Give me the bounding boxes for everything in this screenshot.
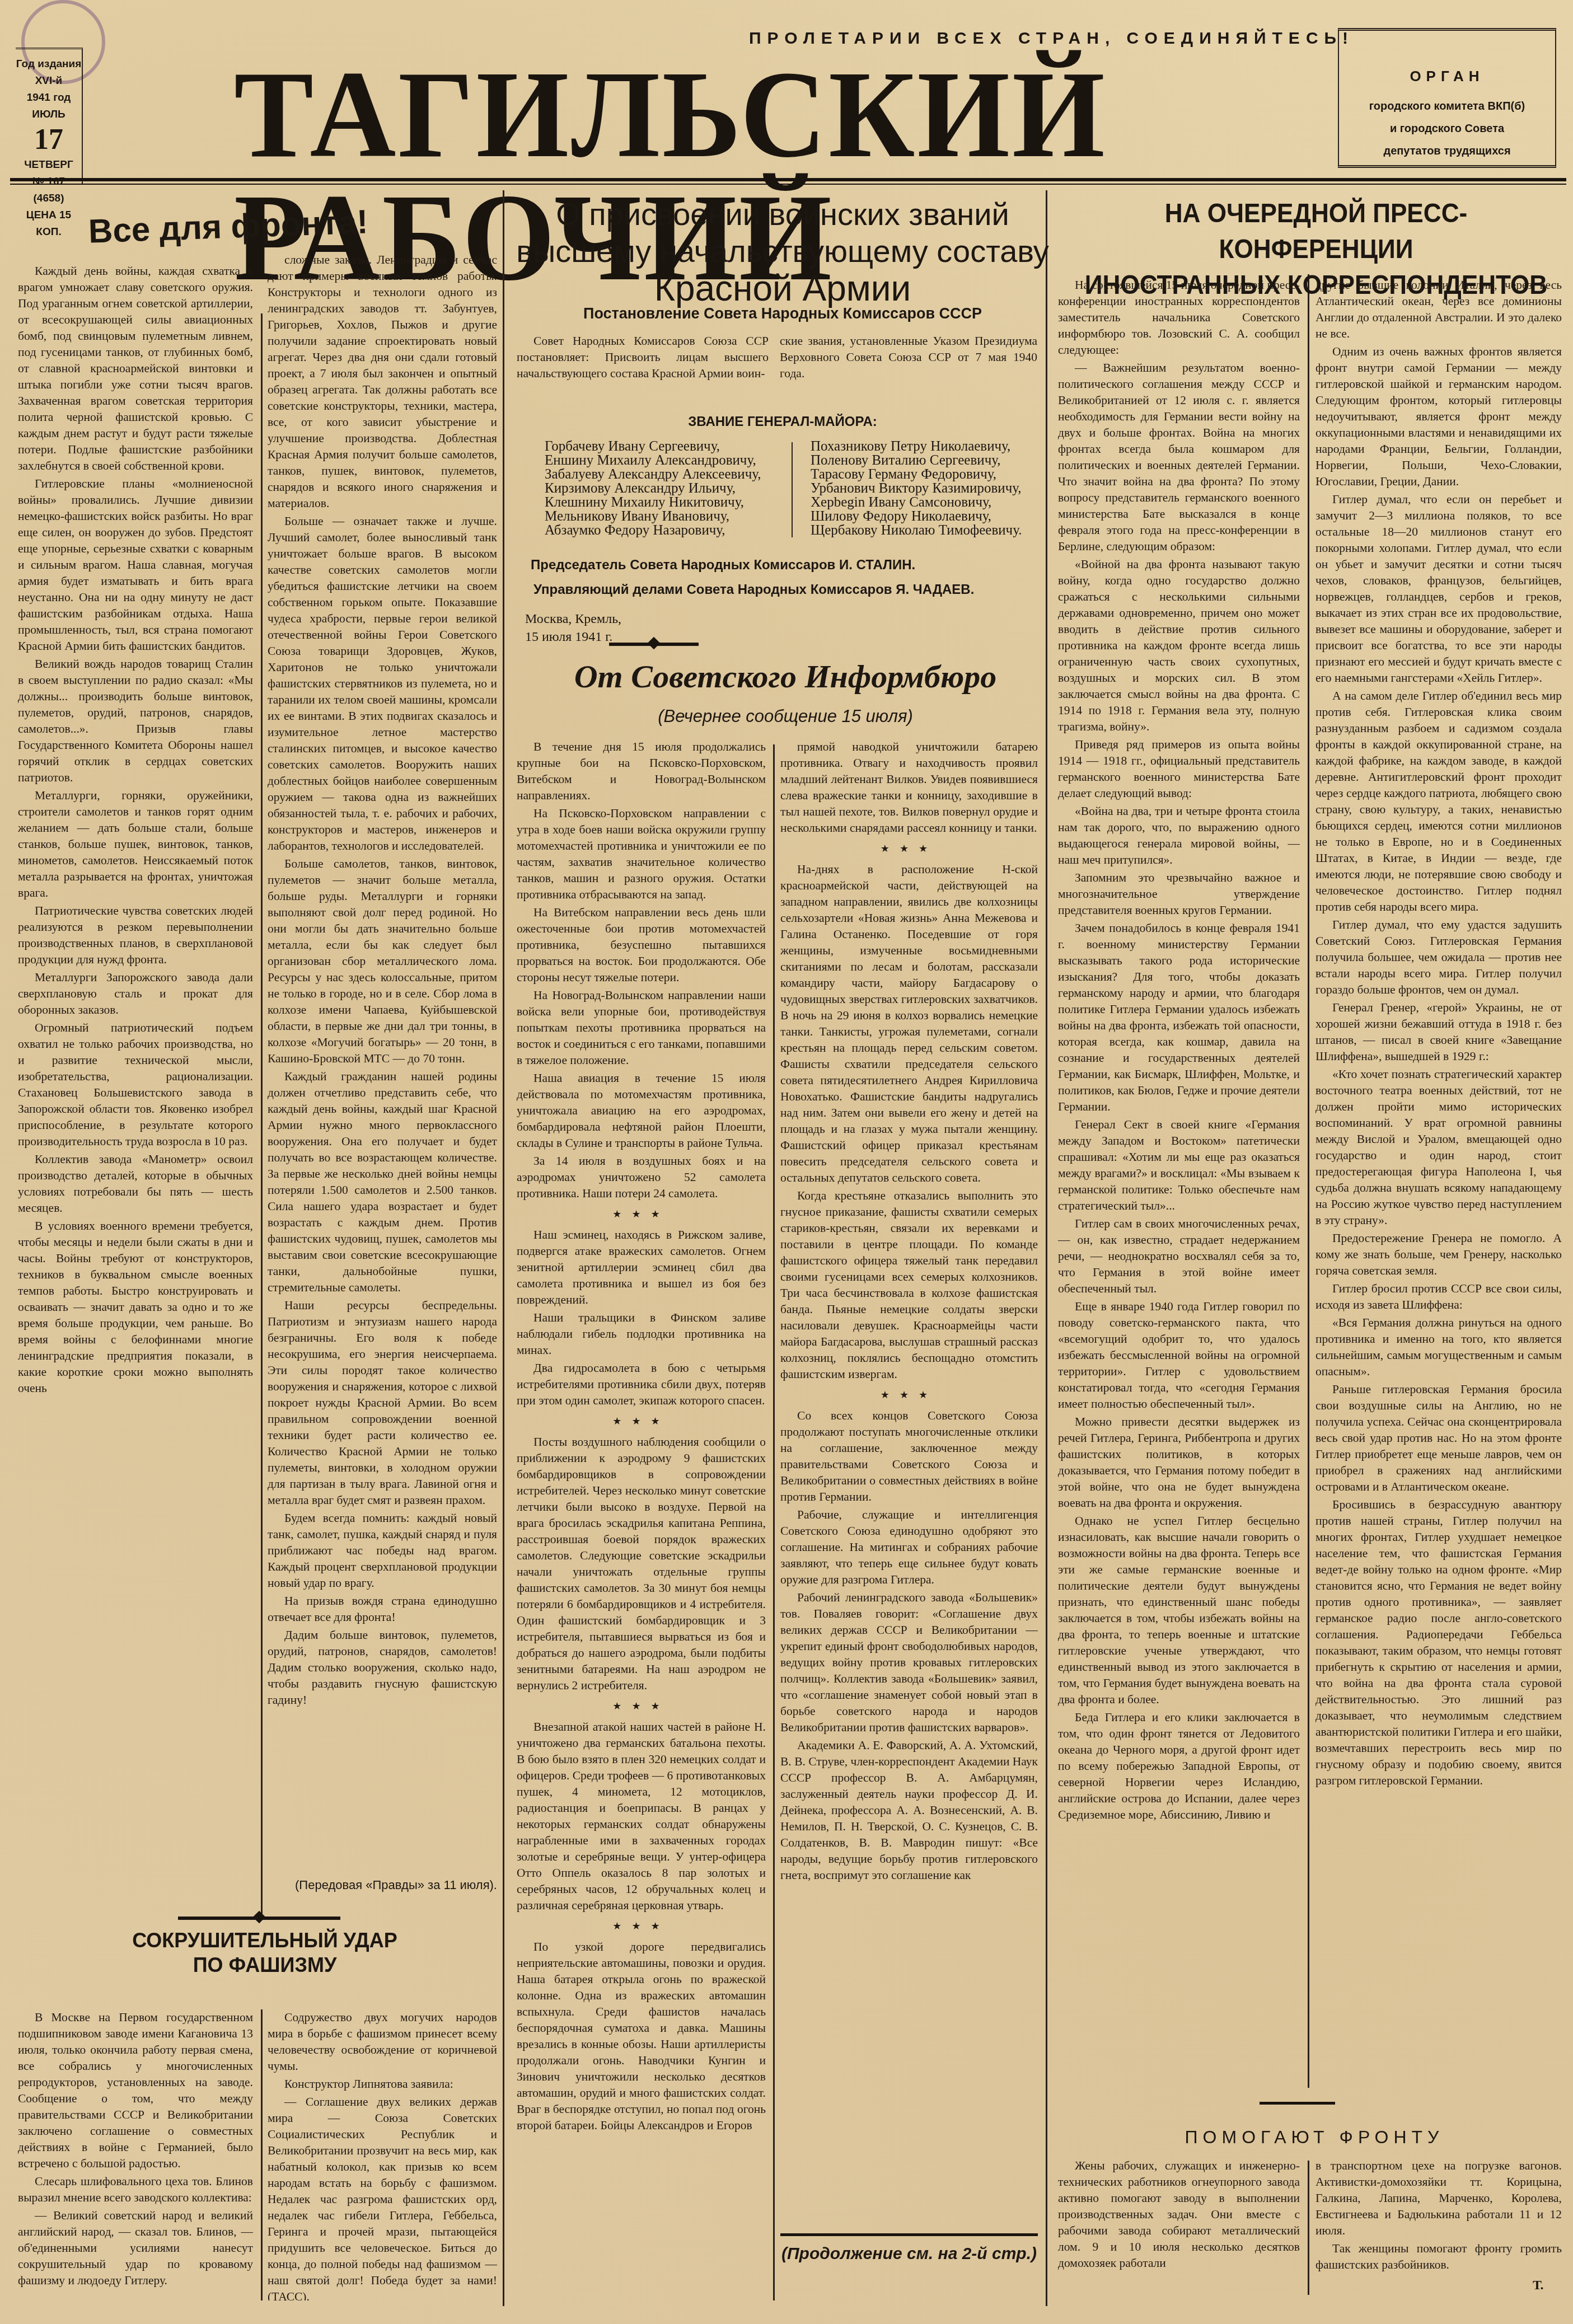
paragraph: Жены рабочих, служащих и инженерно-техни… xyxy=(1058,2158,1300,2271)
headline-informburo: От Советского Информбюро xyxy=(517,658,1054,695)
paragraph: Когда крестьяне отказались выполнить это… xyxy=(780,1188,1038,1383)
headline-sokrushitelny-udar: СОКРУШИТЕЛЬНЫЙ УДАР ПО ФАШИЗМУ xyxy=(27,1928,503,1978)
column-rule xyxy=(261,2009,263,2300)
name-entry: Похазникову Петру Николаевичу, xyxy=(811,439,1046,453)
paragraph: Раньше гитлеровская Германия бросила сво… xyxy=(1315,1381,1562,1495)
divider-ornament xyxy=(609,643,699,646)
paragraph: Содружество двух могучих народов мира в … xyxy=(268,2009,497,2074)
informburo-col-2: прямой наводкой уничтожили батарею проти… xyxy=(780,739,1038,2228)
headline-line: О присвоении воинских званий xyxy=(514,196,1051,233)
name-entry: Тарасову Герману Федоровичу, xyxy=(811,467,1046,481)
paragraph: Наши тральщики в Финском заливе наблюдал… xyxy=(517,1310,766,1358)
column-rule xyxy=(1308,274,1309,2088)
paragraph: Еще в январе 1940 года Гитлер говорил по… xyxy=(1058,1299,1300,1412)
paragraph: На Псковско-Порховском направлении с утр… xyxy=(517,805,766,903)
column-rule xyxy=(1308,2161,1309,2295)
column-rule xyxy=(792,442,793,537)
front-article-col-2: сложные заказы. Ленинградцы и сейчас даю… xyxy=(268,252,497,1864)
signature-stalin: Председатель Совета Народных Комиссаров … xyxy=(531,557,915,573)
headline-awards: О присвоении воинских званий высшему нач… xyxy=(514,196,1051,307)
paragraph: Патриотические чувства советских людей р… xyxy=(18,903,253,968)
masthead-rule xyxy=(10,178,1566,185)
signature-chadaev: Управляющий делами Совета Народных Комис… xyxy=(533,582,974,598)
paragraph: Будем всегда помнить: каждый новый танк,… xyxy=(268,1510,497,1591)
name-entry: Забалуеву Александру Алексеевичу, xyxy=(545,467,780,481)
paragraph: Два гидросамолета в бою с четырьмя истре… xyxy=(517,1360,766,1409)
paragraph: Металлурги, горняки, оружейники, строите… xyxy=(18,788,253,901)
paragraph: «Война на два, три и четыре фронта стоил… xyxy=(1058,803,1300,868)
name-entry: Горбачеву Ивану Сергеевичу, xyxy=(545,439,780,453)
paragraph: Дадим больше винтовок, пулеметов, орудий… xyxy=(268,1627,497,1708)
headline-line: НА ОЧЕРЕДНОЙ ПРЕСС-КОНФЕРЕНЦИИ xyxy=(1082,196,1550,268)
paragraph: В условиях военного времени требуется, ч… xyxy=(18,1218,253,1397)
paragraph: Больше — означает также и лучше. Лучший … xyxy=(268,513,497,854)
divider-rule xyxy=(1260,2102,1335,2105)
paragraph: Каждый гражданин нашей родины должен отч… xyxy=(268,1069,497,1296)
paragraph: За 14 июля в воздушных боях и на аэродро… xyxy=(517,1153,766,1202)
paragraph: Рабочий ленинградского завода «Большевик… xyxy=(780,1590,1038,1736)
udar-col-2: Содружество двух могучих народов мира в … xyxy=(268,2009,497,2300)
organ-line-2: и городского Совета xyxy=(1339,118,1555,140)
awards-intro-col-1: Совет Народных Комиссаров Союза ССР пост… xyxy=(517,333,769,406)
informburo-subheadline: (Вечернее сообщение 15 июля) xyxy=(517,706,1054,727)
paragraph: Посты воздушного наблюдения сообщили о п… xyxy=(517,1434,766,1694)
headline-line: Красной Армии xyxy=(514,270,1051,307)
stars-separator: ★★★ xyxy=(780,841,1038,857)
organ-box: ОРГАН городского комитета ВКП(б) и город… xyxy=(1338,28,1556,168)
paragraph: Наш эсминец, находясь в Рижском заливе, … xyxy=(517,1227,766,1308)
paragraph: На состоявшейся 15 июля очередной пресс-… xyxy=(1058,277,1300,358)
name-entry: Клешнину Михаилу Никитовичу, xyxy=(545,495,780,509)
column-rule xyxy=(1046,190,1047,2306)
awards-subheadline: Постановление Совета Народных Комиссаров… xyxy=(514,305,1051,322)
paragraph: в транспортном цехе на погрузке вагонов.… xyxy=(1315,2158,1562,2239)
paragraph: сложные заказы. Ленинградцы и сейчас даю… xyxy=(268,252,497,512)
column-rule xyxy=(773,744,775,2300)
paragraph: ские звания, установленные Указом Презид… xyxy=(780,333,1037,382)
paragraph: — Великий советский народ и великий англ… xyxy=(18,2208,253,2289)
stars-separator: ★★★ xyxy=(517,1206,766,1222)
paragraph: В Москве на Первом государственном подши… xyxy=(18,2009,253,2172)
paragraph: Можно привести десятки выдержек из речей… xyxy=(1058,1414,1300,1511)
paragraph: Больше самолетов, танков, винтовок, пуле… xyxy=(268,856,497,1067)
decree-date: 15 июля 1941 г. xyxy=(525,628,621,646)
paragraph: Со всех концов Советского Союза продолжа… xyxy=(780,1408,1038,1505)
informburo-col-1: В течение дня 15 июля продолжались крупн… xyxy=(517,739,766,2300)
paragraph: Металлурги Запорожского завода дали свер… xyxy=(18,969,253,1018)
paragraph: Генерал Гренер, «герой» Украины, не от х… xyxy=(1315,1000,1562,1065)
decree-place: Москва, Кремль, xyxy=(525,610,621,628)
paragraph: Гитлеровские планы «молниеносной войны» … xyxy=(18,476,253,654)
name-entry: Абзаумко Федору Назаровичу, xyxy=(545,523,780,537)
names-col-2: Похазникову Петру Николаевичу, Поленову … xyxy=(811,439,1046,537)
press-col-1: На состоявшейся 15 июля очередной пресс-… xyxy=(1058,277,1300,2091)
paragraph: Однако не успел Гитлер бесцельно изнасил… xyxy=(1058,1513,1300,1708)
name-entry: Мельникову Ивану Ивановичу, xyxy=(545,509,780,523)
issue-weekday: ЧЕТВЕРГ xyxy=(16,157,82,174)
udar-col-1: В Москве на Первом государственном подши… xyxy=(18,2009,253,2300)
pomogayut-col-1: Жены рабочих, служащих и инженерно-техни… xyxy=(1058,2158,1300,2303)
paragraph: «Войной на два фронта называют такую вой… xyxy=(1058,556,1300,735)
paragraph: «Вся Германия должна ринуться на одного … xyxy=(1315,1315,1562,1380)
name-entry: Шилову Федору Николаевичу, xyxy=(811,509,1046,523)
front-article-col-1: Каждый день войны, каждая схватка с враг… xyxy=(18,263,253,1853)
headline-line: СОКРУШИТЕЛЬНЫЙ УДАР xyxy=(27,1928,503,1953)
name-entry: Поленову Виталию Сергеевичу, xyxy=(811,453,1046,467)
paragraph: — Соглашение двух великих держав мира — … xyxy=(268,2094,497,2300)
issue-day: 17 xyxy=(16,123,82,157)
paragraph: Огромный патриотический подъем охватил н… xyxy=(18,1020,253,1150)
column-rule xyxy=(503,190,504,2306)
organ-line-3: депутатов трудящихся xyxy=(1339,140,1555,162)
paragraph: На Витебском направлении весь день шли о… xyxy=(517,905,766,986)
issue-year: 1941 год xyxy=(16,90,82,106)
paragraph: А на самом деле Гитлер об'единил весь ми… xyxy=(1315,688,1562,915)
paragraph: Конструктор Липнятова заявила: xyxy=(268,2076,497,2092)
issue-price: ЦЕНА 15 КОП. xyxy=(16,207,82,241)
paragraph: Наша авиация в течение 15 июля действова… xyxy=(517,1070,766,1151)
newspaper-page: Год издания XVI-й 1941 год ИЮЛЬ 17 ЧЕТВЕ… xyxy=(10,0,1566,2324)
paragraph: Генерал Сект в своей книге «Германия меж… xyxy=(1058,1117,1300,1214)
paragraph: — Важнейшим результатом военно-политичес… xyxy=(1058,360,1300,555)
paragraph: Бросившись в безрассудную авантюру проти… xyxy=(1315,1497,1562,1789)
paragraph: Беда Гитлера и его клики заключается в т… xyxy=(1058,1709,1300,1823)
name-entry: Кирзимову Александру Ильичу, xyxy=(545,481,780,495)
organ-label: ОРГАН xyxy=(1339,68,1555,85)
paragraph: Одним из очень важных фронтов является ф… xyxy=(1315,344,1562,490)
paragraph: Коллектив завода «Манометр» освоил произ… xyxy=(18,1151,253,1216)
organ-line-1: городского комитета ВКП(б) xyxy=(1339,95,1555,118)
paragraph: «Кто хочет познать стратегический характ… xyxy=(1315,1066,1562,1229)
issue-month: ИЮЛЬ xyxy=(16,106,82,123)
paragraph: Слесарь шлифовального цеха тов. Блинов в… xyxy=(18,2173,253,2206)
paragraph: Рабочие, служащие и интеллигенция Советс… xyxy=(780,1507,1038,1588)
name-entry: Урбанович Виктору Казимировичу, xyxy=(811,481,1046,495)
continued-link[interactable]: (Продолжение см. на 2-й стр.) xyxy=(780,2245,1038,2264)
paragraph: Великий вождь народов товарищ Сталин в с… xyxy=(18,656,253,786)
paragraph: Наши ресурсы беспредельны. Патриотизм и … xyxy=(268,1297,497,1508)
continuation-rule xyxy=(780,2233,1038,2236)
front-article-source: (Передовая «Правды» за 11 июля). xyxy=(268,1878,497,1892)
year-of-issue: Год издания XVI-й xyxy=(16,56,82,90)
pomogayut-col-2: в транспортном цехе на погрузке вагонов.… xyxy=(1315,2158,1562,2286)
issue-info-box: Год издания XVI-й 1941 год ИЮЛЬ 17 ЧЕТВЕ… xyxy=(16,48,83,185)
paragraph: Совет Народных Комиссаров Союза ССР пост… xyxy=(517,333,769,382)
paragraph: В течение дня 15 июля продолжались крупн… xyxy=(517,739,766,804)
names-col-1: Горбачеву Ивану Сергеевичу, Еншину Михаи… xyxy=(545,439,780,537)
paragraph: На призыв вождя страна единодушно отвеча… xyxy=(268,1593,497,1625)
author-signature: Т. xyxy=(1533,2278,1544,2293)
paragraph: Приведя ряд примеров из опыта войны 1914… xyxy=(1058,737,1300,802)
masthead-slogan: ПРОЛЕТАРИИ ВСЕХ СТРАН, СОЕДИНЯЙТЕСЬ! xyxy=(749,29,1354,48)
stars-separator: ★★★ xyxy=(517,1698,766,1714)
paragraph: На-днях в расположение Н-ской красноарме… xyxy=(780,861,1038,1186)
paragraph: На Новоград-Волынском направлении наши в… xyxy=(517,987,766,1069)
paragraph: По узкой дороге передвигались неприятель… xyxy=(517,1939,766,2134)
rank-title: ЗВАНИЕ ГЕНЕРАЛ-МАЙОРА: xyxy=(514,414,1051,430)
headline-line: ПО ФАШИЗМУ xyxy=(27,1953,503,1978)
column-rule xyxy=(261,313,263,1914)
press-col-2: другие бывшие колонии Италии, через весь… xyxy=(1315,277,1562,2091)
paragraph: Внезапной атакой наших частей в районе Н… xyxy=(517,1719,766,1914)
awards-intro-col-2: ские звания, установленные Указом Презид… xyxy=(780,333,1037,406)
name-entry: Еншину Михаилу Александровичу, xyxy=(545,453,780,467)
paragraph: прямой наводкой уничтожили батарею проти… xyxy=(780,739,1038,836)
paragraph: Предостережение Гренера не помогло. А ко… xyxy=(1315,1230,1562,1279)
paragraph: Гитлер думал, что если он перебьет и зам… xyxy=(1315,491,1562,686)
divider-ornament xyxy=(178,1917,340,1920)
paragraph: Запомним это чрезвычайно важное и многоз… xyxy=(1058,870,1300,919)
stars-separator: ★★★ xyxy=(517,1918,766,1934)
name-entry: Щербакову Николаю Тимофеевичу. xyxy=(811,523,1046,537)
headline-line: высшему начальствующему составу xyxy=(514,233,1051,270)
paragraph: Гитлер сам в своих многочисленных речах,… xyxy=(1058,1216,1300,1297)
stars-separator: ★★★ xyxy=(517,1413,766,1430)
stars-separator: ★★★ xyxy=(780,1387,1038,1403)
headline-pomogayut-frontu: ПОМОГАЮТ ФРОНТУ xyxy=(1062,2127,1566,2148)
paragraph: другие бывшие колонии Италии, через весь… xyxy=(1315,277,1562,342)
name-entry: Херbegin Ивану Самсоновичу, xyxy=(811,495,1046,509)
paragraph: Гитлер думал, что ему удастся задушить С… xyxy=(1315,917,1562,998)
paragraph: Зачем понадобилось в конце февраля 1941 … xyxy=(1058,920,1300,1115)
paragraph: Так женщины помогают фронту громить фаши… xyxy=(1315,2241,1562,2273)
paragraph: Академики А. Е. Фаворский, А. А. Ухтомск… xyxy=(780,1737,1038,1883)
decree-place-date: Москва, Кремль, 15 июля 1941 г. xyxy=(525,610,621,646)
paragraph: Гитлер бросил против СССР все свои силы,… xyxy=(1315,1281,1562,1313)
paragraph: Каждый день войны, каждая схватка с враг… xyxy=(18,263,253,474)
